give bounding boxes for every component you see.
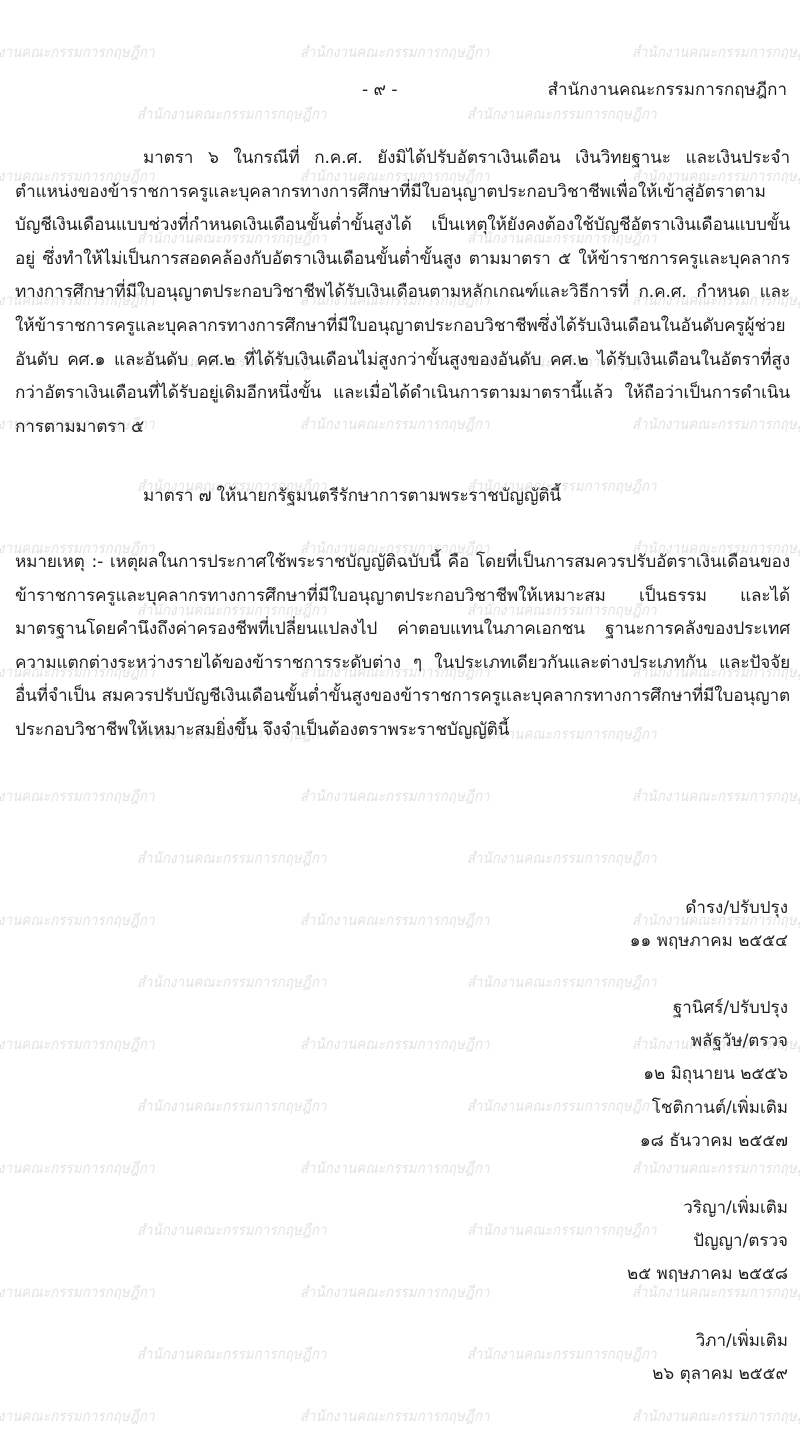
revision-line: ๑๘ ธันวาคม ๒๕๕๗ [640,1129,788,1153]
page-number: - ๙ - [362,76,398,103]
header-office-name: สำนักงานคณะกรรมการกฤษฎีกา [548,76,787,103]
revision-line: ๒๕ พฤษภาคม ๒๕๕๘ [627,1262,788,1286]
document-page: - ๙ - สำนักงานคณะกรรมการกฤษฎีกา มาตรา ๖ … [0,0,800,1440]
revision-line: พลัฐวัษ/ตรวจ [691,1029,788,1053]
section-6-paragraph: มาตรา ๖ ในกรณีที่ ก.ค.ศ. ยังมิได้ปรับอัต… [15,142,790,444]
revision-line: วริญา/เพิ่มเติม [683,1196,788,1220]
revision-line: วิภา/เพิ่มเติม [696,1329,788,1353]
revision-line: ๒๖ ตุลาคม ๒๕๕๙ [652,1362,788,1386]
revision-line: ๑๒ มิถุนายน ๒๕๕๖ [643,1062,788,1086]
revision-line: ฐานิศร์/ปรับปรุง [673,996,788,1020]
section-7-paragraph: มาตรา ๗ ให้นายกรัฐมนตรีรักษาการตามพระราช… [143,480,561,514]
revision-line: ปัญญา/ตรวจ [693,1229,788,1253]
remark-paragraph: หมายเหตุ :- เหตุผลในการประกาศใช้พระราชบั… [15,546,790,748]
revision-line: ดำรง/ปรับปรุง [685,896,788,920]
revision-line: โชติกานต์/เพิ่มเติม [652,1096,788,1120]
revision-line: ๑๑ พฤษภาคม ๒๕๕๔ [630,929,788,953]
